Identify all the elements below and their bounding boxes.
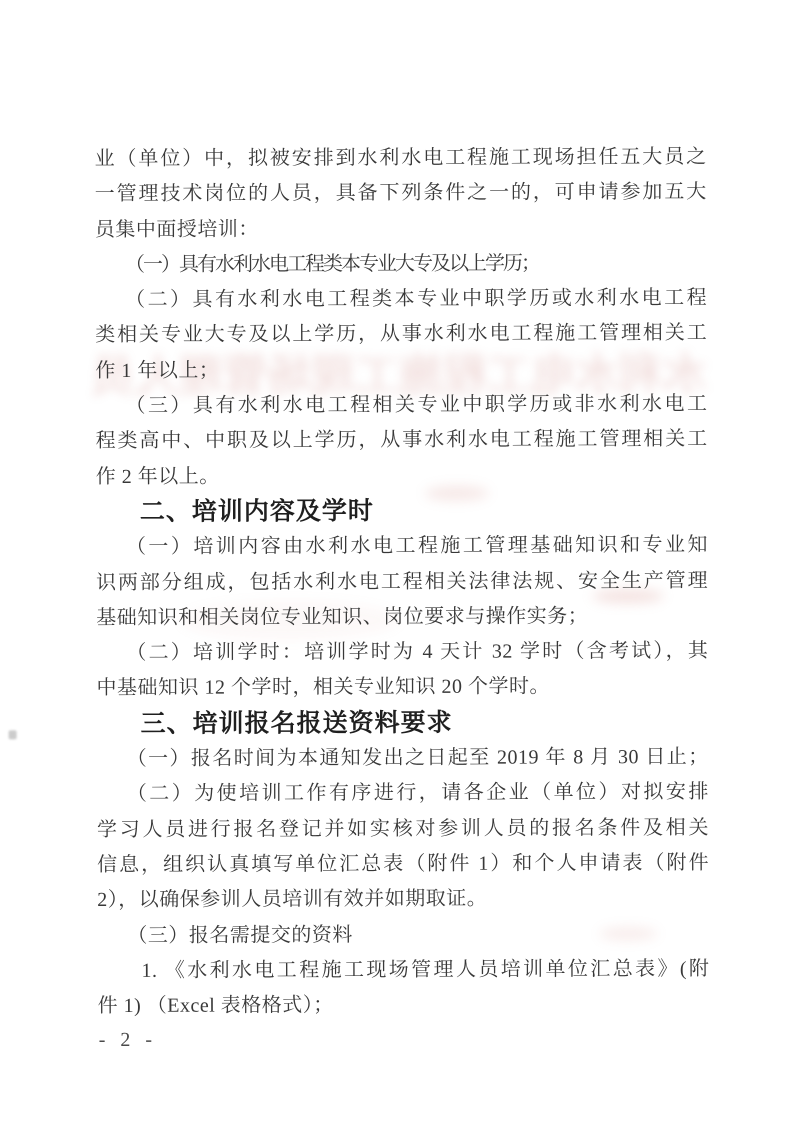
text-line: 1. 《水利水电工程施工现场管理人员培训单位汇总表》(附	[97, 952, 709, 989]
text-line: 件 1) （Excel 表格格式）；	[97, 987, 709, 1024]
text-line: （二）为使培训工作有序进行，请各企业（单位）对拟安排	[97, 775, 709, 812]
text-line: 业（单位）中，拟被安排到水利水电工程施工现场担任五大员之	[95, 140, 707, 177]
document-body: 业（单位）中，拟被安排到水利水电工程施工现场担任五大员之一管理技术岗位的人员，具…	[95, 140, 710, 1025]
text-line: （二）具有水利水电工程类本专业中职学历或水利水电工程	[95, 281, 707, 318]
sheet: 水利水电工程施工现场管理人员培训通知 业（单位）中，拟被安排到水利水电工程施工现…	[0, 0, 792, 1121]
text-line: 基础知识和相关岗位专业知识、岗位要求与操作实务；	[96, 599, 708, 636]
text-line: 一管理技术岗位的人员，具备下列条件之一的，可申请参加五大	[95, 175, 707, 212]
text-line: 二、培训内容及学时	[96, 493, 708, 530]
text-line: 三、培训报名报送资料要求	[97, 705, 709, 742]
text-line: 信息，组织认真填写单位汇总表（附件 1）和个人申请表（附件	[97, 846, 709, 883]
text-line: 2），以确保参训人员培训有效并如期取证。	[97, 881, 709, 918]
text-line: 作 1 年以上；	[95, 352, 707, 389]
page-number: - 2 -	[99, 1029, 157, 1052]
text-line: （三）报名需提交的资料	[97, 916, 709, 953]
text-line: 员集中面授培训：	[95, 211, 707, 248]
text-line: 中基础知识 12 个学时，相关专业知识 20 个学时。	[96, 669, 708, 706]
scanned-document-page: 水利水电工程施工现场管理人员培训通知 业（单位）中，拟被安排到水利水电工程施工现…	[0, 0, 792, 1121]
scan-speck	[9, 730, 17, 739]
text-line: 作 2 年以上。	[96, 458, 708, 495]
text-line: 类相关专业大专及以上学历，从事水利水电工程施工管理相关工	[95, 316, 707, 353]
text-line: （一）具有水利水电工程类本专业大专及以上学历；	[95, 246, 707, 283]
text-line: 程类高中、中职及以上学历，从事水利水电工程施工管理相关工	[96, 422, 708, 459]
text-line: 识两部分组成，包括水利水电工程相关法律法规、安全生产管理	[96, 563, 708, 600]
text-line: （一）培训内容由水利水电工程施工管理基础知识和专业知	[96, 528, 708, 565]
text-line: 学习人员进行报名登记并如实核对参训人员的报名条件及相关	[97, 811, 709, 848]
text-line: （一）报名时间为本通知发出之日起至 2019 年 8 月 30 日止；	[97, 740, 709, 777]
text-line: （二）培训学时：培训学时为 4 天计 32 学时（含考试），其	[96, 634, 708, 671]
text-line: （三）具有水利水电工程相关专业中职学历或非水利水电工	[95, 387, 707, 424]
